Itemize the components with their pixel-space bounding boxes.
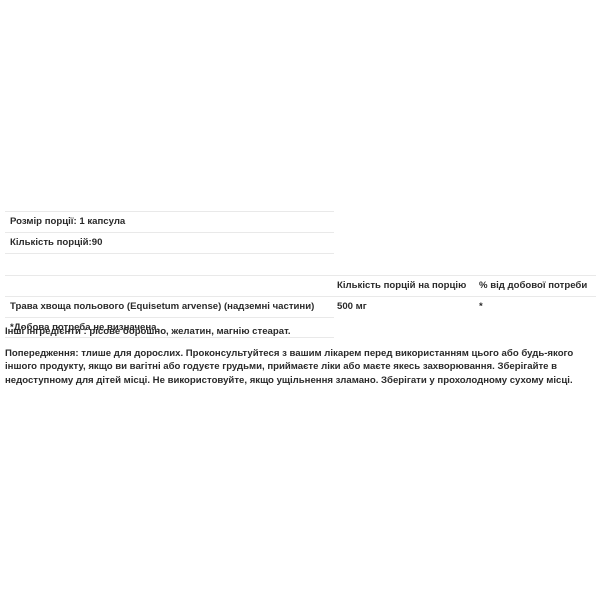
serving-size-row: Розмір порції: 1 капсула	[5, 211, 334, 232]
table-header-row: Кількість порцій на порцію % від добової…	[5, 275, 596, 296]
table-row: Трава хвоща польового (Equisetum arvense…	[5, 296, 596, 317]
header-daily-value: % від добової потреби	[479, 276, 587, 296]
servings-count-row: Кількість порцій:90	[5, 232, 334, 253]
servings-count: Кількість порцій:90	[10, 233, 102, 253]
warning-text: Попередження: тлише для дорослих. Прокон…	[5, 347, 599, 387]
other-ingredients: Інші інгредієнти : рісове борошно, желат…	[5, 326, 291, 337]
ingredient-name: Трава хвоща польового (Equisetum arvense…	[10, 297, 314, 317]
spacer-row	[5, 253, 334, 275]
serving-size: Розмір порції: 1 капсула	[10, 212, 125, 232]
supplement-facts: Розмір порції: 1 капсула Кількість порці…	[5, 211, 596, 338]
header-amount: Кількість порцій на порцію	[337, 276, 466, 296]
ingredient-amount: 500 мг	[337, 297, 367, 317]
ingredient-daily-value: *	[479, 297, 483, 317]
